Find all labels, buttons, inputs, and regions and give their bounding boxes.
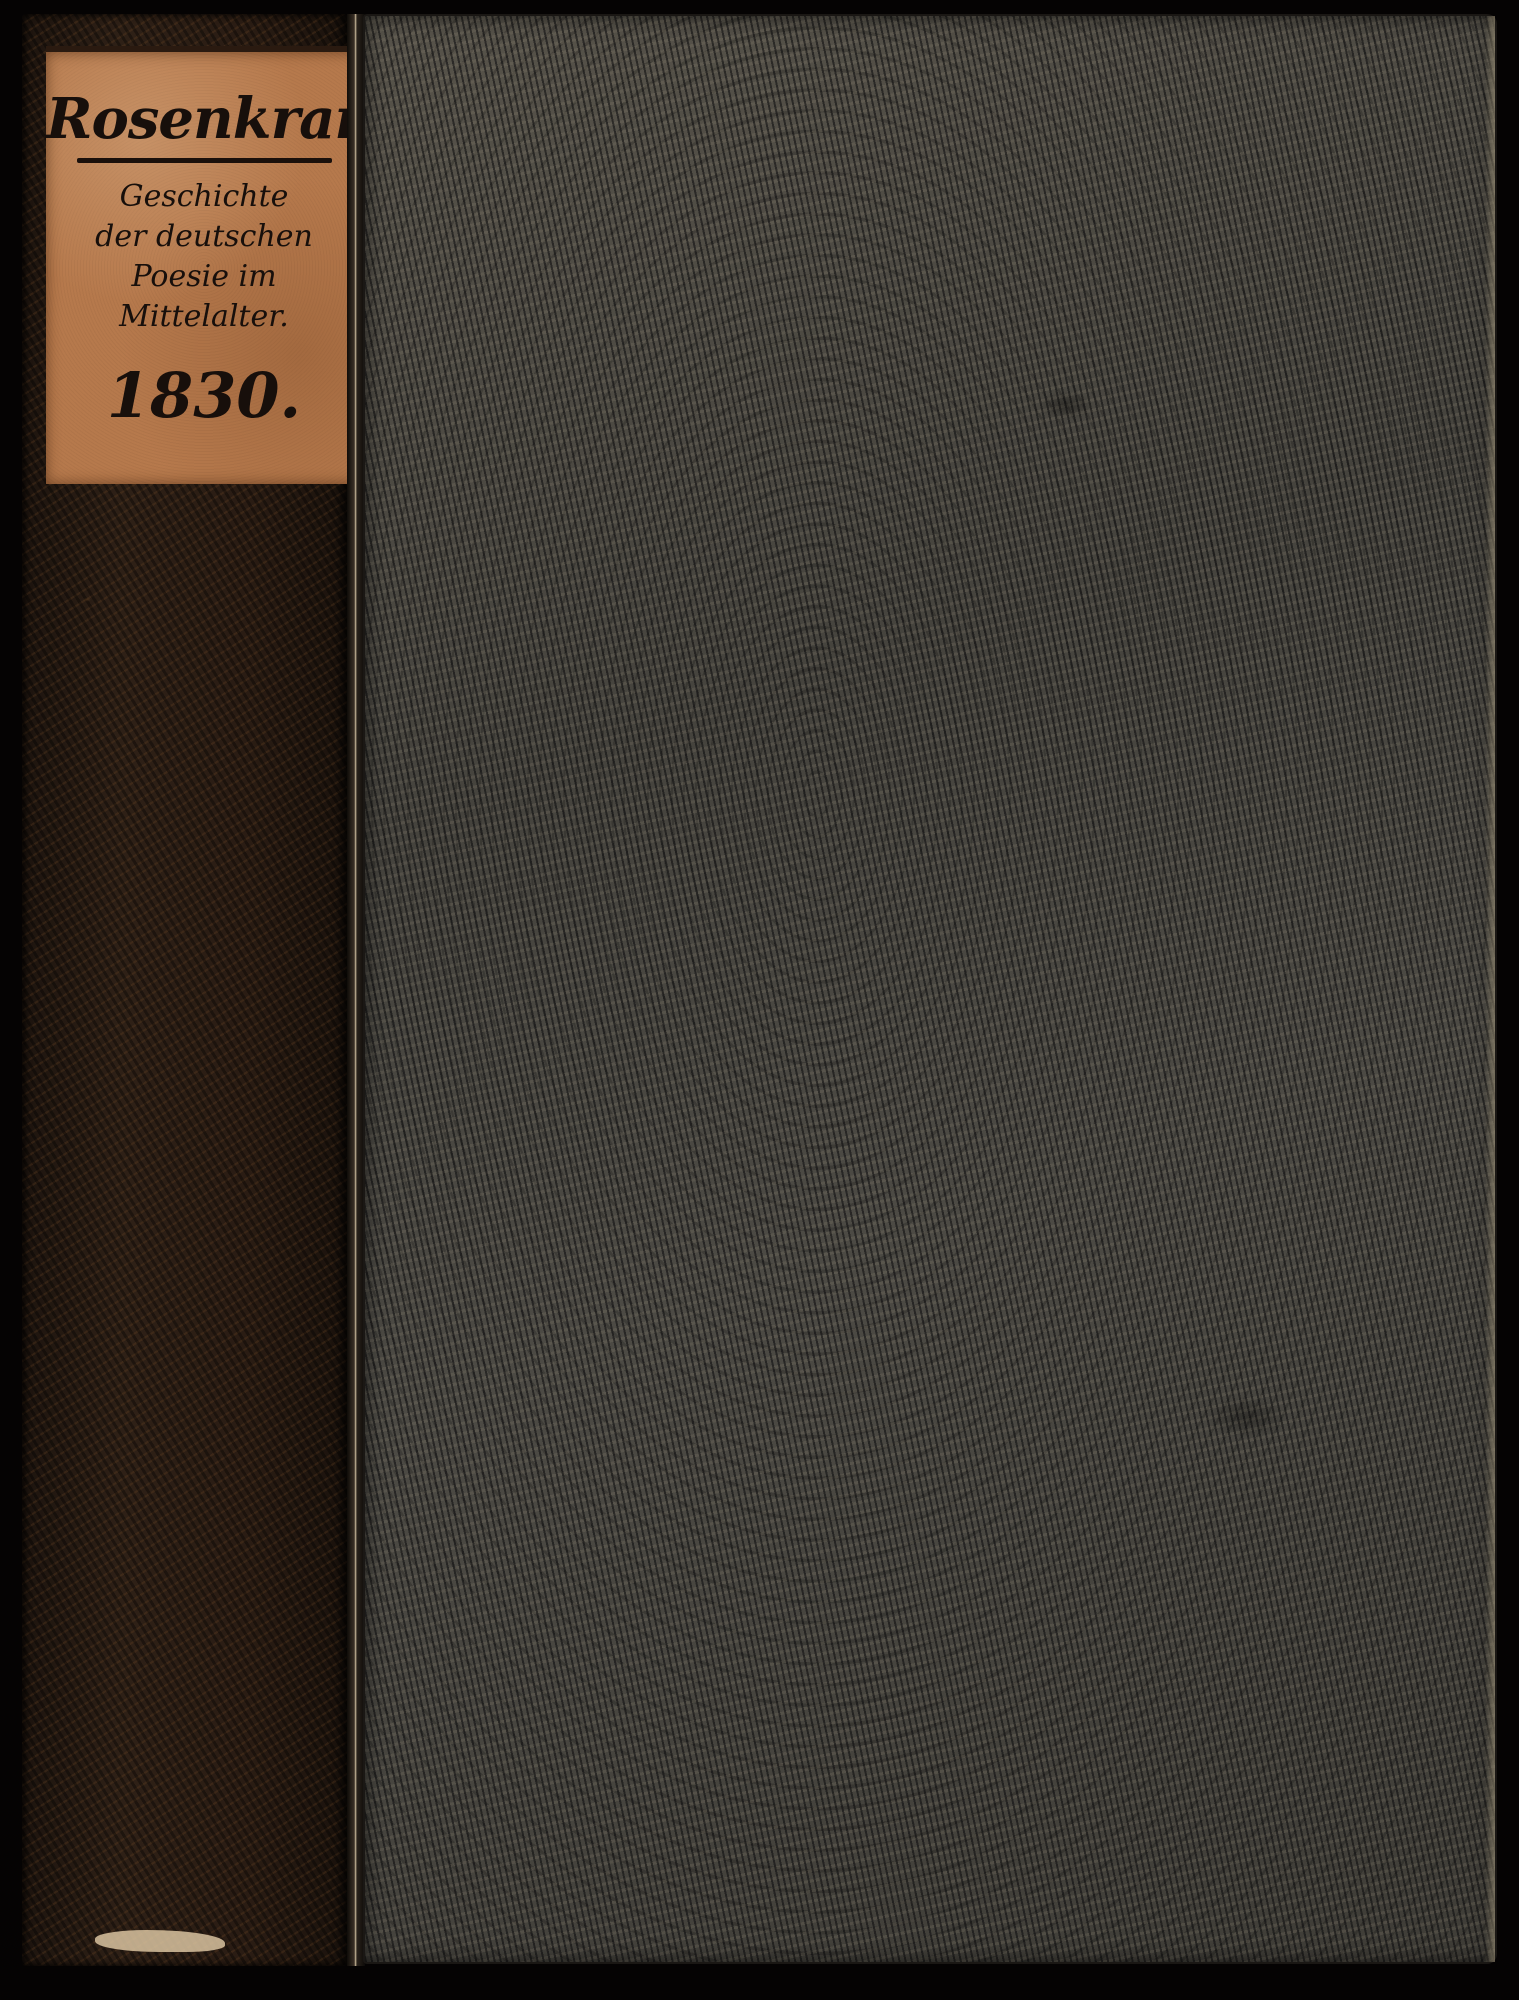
title-line-3: Poesie im <box>46 257 362 297</box>
spine-hinge <box>347 14 365 1966</box>
label-rule <box>77 158 332 163</box>
author-name: Rosenkranz <box>46 86 362 152</box>
title-line-2: der deutschen <box>46 217 362 257</box>
front-cover-board <box>365 16 1495 1962</box>
spine-label: Rosenkranz Geschichte der deutschen Poes… <box>46 46 362 484</box>
publication-year: 1830. <box>46 359 362 432</box>
book-spine: Rosenkranz Geschichte der deutschen Poes… <box>22 14 347 1966</box>
title-line-4: Mittelalter. <box>46 297 362 337</box>
title-line-1: Geschichte <box>46 177 362 217</box>
